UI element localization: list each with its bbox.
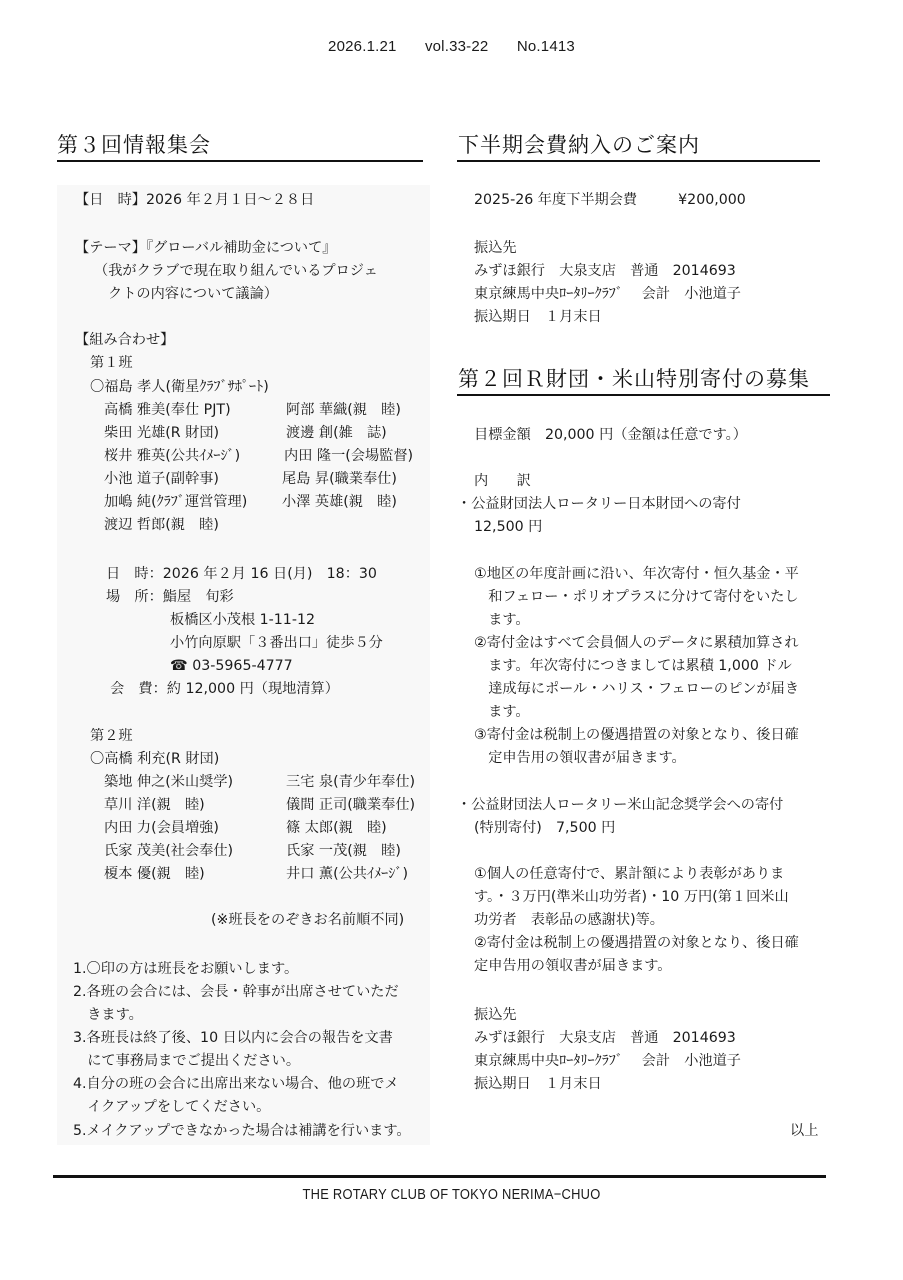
donation-account: 東京練馬中央ﾛｰﾀﾘｰｸﾗﾌﾞ 会計 小池道子 bbox=[474, 1050, 741, 1073]
group2-member: 内田 力(会員増強) bbox=[104, 817, 219, 840]
group1-member: 渡辺 哲郎(親 睦) bbox=[104, 514, 219, 537]
fee-line: 2025-26 年度下半期会費 ¥200,000 bbox=[474, 189, 746, 212]
group1-member: 高橋 雅美(奉仕 PJT) bbox=[104, 399, 231, 422]
donation-bank: みずほ銀行 大泉支店 普通 2014693 bbox=[474, 1027, 736, 1050]
note-line: 2.各班の会合には、会長・幹事が出席させていただ bbox=[73, 981, 399, 1004]
note-line: 4.自分の班の会合に出席出来ない場合、他の班でメ bbox=[73, 1073, 399, 1096]
theme-label: 【テーマ】 bbox=[75, 240, 146, 256]
group2-member: 氏家 一茂(親 睦) bbox=[286, 840, 401, 863]
donation-item1-note: ②寄付金はすべて会員個人のデータに累積加算され bbox=[474, 632, 799, 655]
note-line: イクアップをしてください。 bbox=[73, 1096, 270, 1119]
note-line: きます。 bbox=[73, 1004, 143, 1027]
section-title-underline bbox=[457, 160, 820, 162]
note-line: 5.メイクアップできなかった場合は補講を行います。 bbox=[73, 1120, 411, 1143]
meeting-place-line: 場 所：鮨屋 旬彩 bbox=[106, 586, 234, 609]
fee-transfer-label: 振込先 bbox=[474, 237, 517, 260]
group1-member: 尾島 昇(職業奉仕) bbox=[282, 468, 397, 491]
section-title-underline bbox=[57, 160, 423, 162]
fee-amount: ¥200,000 bbox=[678, 192, 746, 208]
donation-item1-note: 達成毎にポール・ハリス・フェローのピンが届き bbox=[474, 678, 799, 701]
group1-name: 第１班 bbox=[90, 352, 133, 375]
theme-line: 【テーマ】『グローバル補助金について』 bbox=[75, 237, 337, 260]
group2-name: 第２班 bbox=[90, 725, 133, 748]
donation-item1-title: ・公益財団法人ロータリー日本財団への寄付 bbox=[457, 493, 741, 516]
group1-member: 阿部 華織(親 睦) bbox=[286, 399, 401, 422]
group1-member: 柴田 光雄(R 財団) bbox=[104, 422, 219, 445]
group2-member: 井口 薫(公共ｲﾒｰｼﾞ) bbox=[286, 863, 408, 886]
theme-value: 『グローバル補助金について』 bbox=[146, 240, 337, 256]
donation-item2-note: ②寄付金は税制上の優遇措置の対象となり、後日確 bbox=[474, 932, 799, 955]
footer-club-name: THE ROTARY CLUB OF TOKYO NERIMA−CHUO bbox=[63, 1186, 840, 1203]
fee-deadline: 振込期日 １月末日 bbox=[474, 306, 602, 329]
donation-item1-note: ます。 bbox=[474, 701, 530, 724]
issue-number: No.1413 bbox=[517, 38, 575, 55]
fee-label: 2025-26 年度下半期会費 bbox=[474, 192, 637, 208]
theme-note-2: クトの内容について議論） bbox=[108, 283, 278, 306]
group2-member: 築地 伸之(米山奨学) bbox=[104, 771, 233, 794]
donation-deadline: 振込期日 １月末日 bbox=[474, 1073, 602, 1096]
group1-member: 加嶋 純(ｸﾗﾌﾞ運営管理) bbox=[104, 491, 247, 514]
note-line: にて事務局までご提出ください。 bbox=[73, 1050, 300, 1073]
group2-member: 氏家 茂美(社会奉仕) bbox=[104, 840, 233, 863]
group2-member: 草川 洋(親 睦) bbox=[104, 794, 205, 817]
group1-member: 小澤 英雄(親 睦) bbox=[282, 491, 397, 514]
issue-volume: vol.33-22 bbox=[425, 38, 489, 55]
donation-item2-note: 功労者 表彰品の感謝状)等。 bbox=[474, 909, 664, 932]
group1-leader: 〇福島 孝人(衛星ｸﾗﾌﾞｻﾎﾟｰﾄ) bbox=[90, 376, 269, 399]
donation-item1-note: ます。年次寄付につきましては累積 1,000 ドル bbox=[474, 655, 792, 678]
note-line: 1.〇印の方は班長をお願いします。 bbox=[73, 958, 298, 981]
meeting-date-label: 日 時： bbox=[106, 566, 163, 582]
theme-note-1: （我がクラブで現在取り組んでいるプロジェ bbox=[94, 260, 378, 283]
groups-label: 【組み合わせ】 bbox=[75, 329, 174, 352]
donation-item2-note: す。・３万円(準米山功労者)・10 万円(第１回米山 bbox=[474, 886, 789, 909]
issue-header: 2026.1.21 vol.33-22 No.1413 bbox=[0, 38, 903, 55]
meeting-fee-label: 会 費： bbox=[110, 681, 167, 697]
donation-item1-amount: 12,500 円 bbox=[474, 516, 542, 539]
section-title-underline bbox=[457, 394, 830, 396]
fee-bank: みずほ銀行 大泉支店 普通 2014693 bbox=[474, 260, 736, 283]
donation-item1-note: 和フェロー・ポリオプラスに分けて寄付をいたし bbox=[474, 586, 799, 609]
section-title-donation: 第２回Ｒ財団・米山特別寄付の募集 bbox=[458, 363, 810, 393]
group1-member: 小池 道子(副幹事) bbox=[104, 468, 219, 491]
fee-account: 東京練馬中央ﾛｰﾀﾘｰｸﾗﾌﾞ 会計 小池道子 bbox=[474, 283, 741, 306]
group2-member: 三宅 泉(青少年奉仕) bbox=[286, 771, 415, 794]
group2-member: 儀間 正司(職業奉仕) bbox=[286, 794, 415, 817]
donation-item1-note: ます。 bbox=[474, 609, 530, 632]
meeting-fee: 約 12,000 円（現地清算） bbox=[167, 681, 339, 697]
donation-item1-note: ③寄付金は税制上の優遇措置の対象となり、後日確 bbox=[474, 724, 799, 747]
donation-item1-note: ①地区の年度計画に沿い、年次寄付・恒久基金・平 bbox=[474, 563, 799, 586]
group2-member: 榎本 優(親 睦) bbox=[104, 863, 205, 886]
group2-leader: 〇高橋 利充(R 財団) bbox=[90, 748, 219, 771]
donation-transfer-label: 振込先 bbox=[474, 1004, 517, 1027]
donation-breakdown-label: 内 訳 bbox=[474, 470, 531, 493]
schedule-value: 2026 年２月１日～２８日 bbox=[146, 192, 314, 208]
donation-item2-title: ・公益財団法人ロータリー米山記念奨学会への寄付 bbox=[457, 794, 783, 817]
meeting-address: 板橋区小茂根 1-11-12 bbox=[170, 609, 315, 632]
meeting-date-line: 日 時：2026 年２月 16 日(月) 18：30 bbox=[106, 563, 377, 586]
issue-date: 2026.1.21 bbox=[328, 38, 397, 55]
order-note: (※班長をのぞきお名前順不同) bbox=[211, 909, 404, 932]
schedule-label: 【日 時】 bbox=[75, 192, 146, 208]
group2-member: 篠 太郎(親 睦) bbox=[286, 817, 387, 840]
section-title-info-meeting: 第３回情報集会 bbox=[57, 129, 211, 159]
meeting-access: 小竹向原駅「３番出口」徒歩５分 bbox=[170, 632, 383, 655]
group1-member: 渡邊 創(雑 誌) bbox=[286, 422, 387, 445]
meeting-place-label: 場 所： bbox=[106, 589, 163, 605]
meeting-phone[interactable]: 03-5965-4777 bbox=[192, 658, 293, 674]
donation-target: 目標金額 20,000 円（金額は任意です。） bbox=[474, 424, 747, 447]
note-line: 3.各班長は終了後、10 日以内に会合の報告を文書 bbox=[73, 1027, 393, 1050]
group1-member: 桜井 雅英(公共ｲﾒｰｼﾞ) bbox=[104, 445, 240, 468]
meeting-fee-line: 会 費：約 12,000 円（現地清算） bbox=[110, 678, 339, 701]
donation-item2-note: ①個人の任意寄付で、累計額により表彰がありま bbox=[474, 863, 784, 886]
section-title-fee: 下半期会費納入のご案内 bbox=[458, 129, 700, 159]
donation-item2-note: 定申告用の領収書が届きます。 bbox=[474, 955, 672, 978]
donation-item1-note: 定申告用の領収書が届きます。 bbox=[474, 747, 686, 770]
group1-member: 内田 隆一(会場監督) bbox=[284, 445, 413, 468]
meeting-phone-line: ☎ 03-5965-4777 bbox=[170, 655, 293, 678]
schedule-line: 【日 時】2026 年２月１日～２８日 bbox=[75, 189, 314, 212]
footer-rule bbox=[53, 1175, 826, 1178]
meeting-date: 2026 年２月 16 日(月) 18：30 bbox=[163, 566, 377, 582]
donation-item2-amount: (特別寄付) 7,500 円 bbox=[474, 817, 615, 840]
closing-text: 以上 bbox=[790, 1120, 818, 1143]
meeting-place: 鮨屋 旬彩 bbox=[163, 589, 234, 605]
telephone-icon: ☎ bbox=[170, 658, 188, 674]
